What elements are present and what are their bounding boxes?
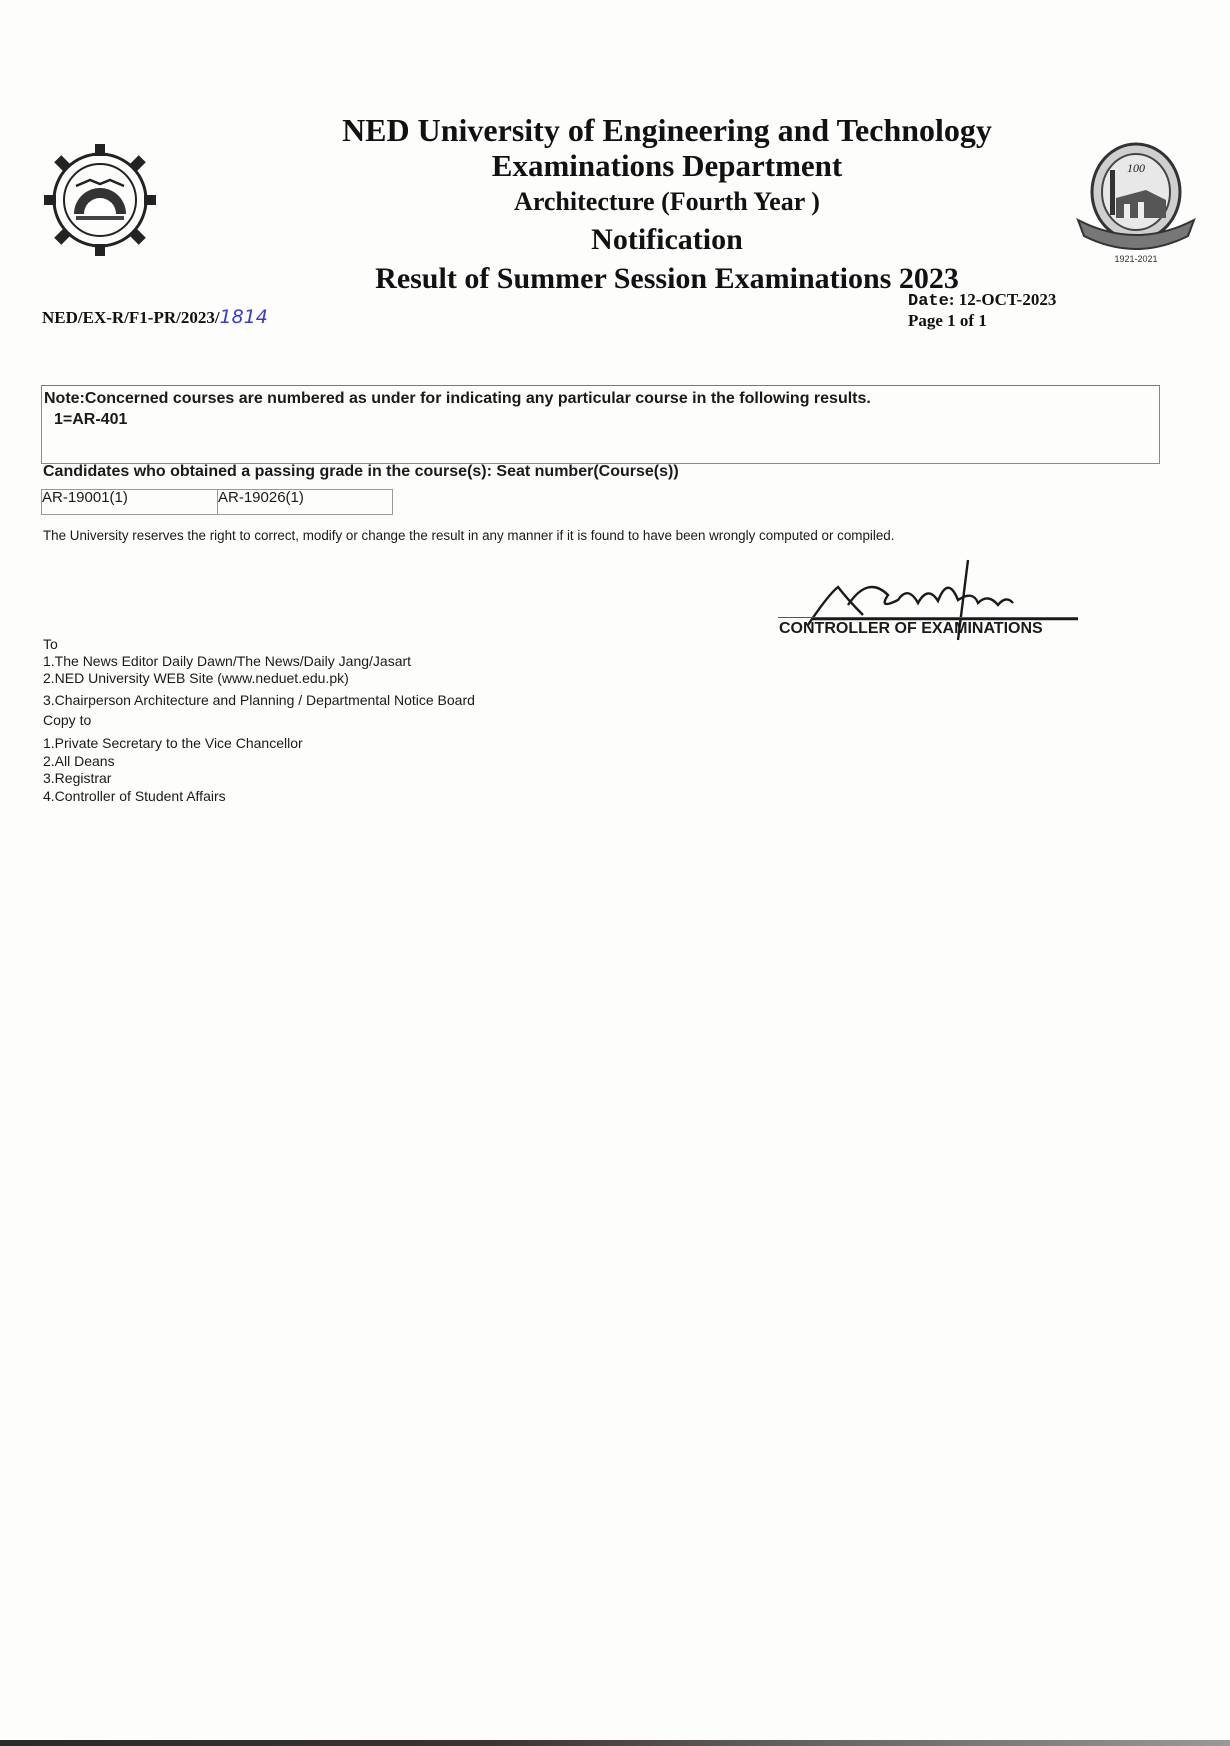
copy-item: 3.Registrar	[43, 770, 303, 788]
to-item: 1.The News Editor Daily Dawn/The News/Da…	[43, 653, 475, 670]
reference-prefix: NED/EX-R/F1-PR/2023/	[42, 308, 220, 327]
signatory-title: CONTROLLER OF EXAMINATIONS	[779, 620, 1043, 638]
copy-item: 2.All Deans	[43, 753, 303, 771]
copy-item: 1.Private Secretary to the Vice Chancell…	[43, 735, 303, 753]
course-mapping: 1=AR-401	[54, 411, 127, 429]
seat-number-cell: AR-19001(1)	[41, 489, 217, 515]
passing-candidates-title: Candidates who obtained a passing grade …	[43, 463, 679, 481]
disclaimer-text: The University reserves the right to cor…	[43, 528, 894, 543]
page-number: Page 1 of 1	[908, 311, 987, 331]
to-label: To	[43, 636, 475, 653]
signature-line	[778, 617, 1078, 618]
program-name: Architecture (Fourth Year )	[52, 187, 1230, 217]
scan-edge	[0, 1740, 1230, 1746]
reference-number: NED/EX-R/F1-PR/2023/1814	[42, 306, 268, 328]
course-note-box: Note:Concerned courses are numbered as u…	[41, 385, 1160, 464]
copy-to-label: Copy to	[43, 714, 91, 726]
date-value: : 12-OCT-2023	[949, 290, 1057, 309]
to-item: 2.NED University WEB Site (www.neduet.ed…	[43, 670, 475, 687]
department-name: Examinations Department	[52, 148, 1230, 184]
handwritten-number: 1814	[220, 306, 268, 328]
to-item: 3.Chairperson Architecture and Planning …	[43, 692, 475, 709]
seat-number-cell: AR-19026(1)	[217, 489, 393, 515]
university-name: NED University of Engineering and Techno…	[52, 112, 1230, 149]
seat-number-table: AR-19001(1) AR-19026(1)	[41, 489, 393, 515]
date-label: Date	[908, 292, 949, 311]
document-type: Notification	[52, 223, 1230, 257]
course-note-text: Note:Concerned courses are numbered as u…	[44, 390, 871, 408]
distribution-list: To 1.The News Editor Daily Dawn/The News…	[43, 636, 475, 709]
copy-to-list: 1.Private Secretary to the Vice Chancell…	[43, 735, 303, 805]
issue-date: Date: 12-OCT-2023	[908, 290, 1056, 311]
copy-item: 4.Controller of Student Affairs	[43, 788, 303, 806]
